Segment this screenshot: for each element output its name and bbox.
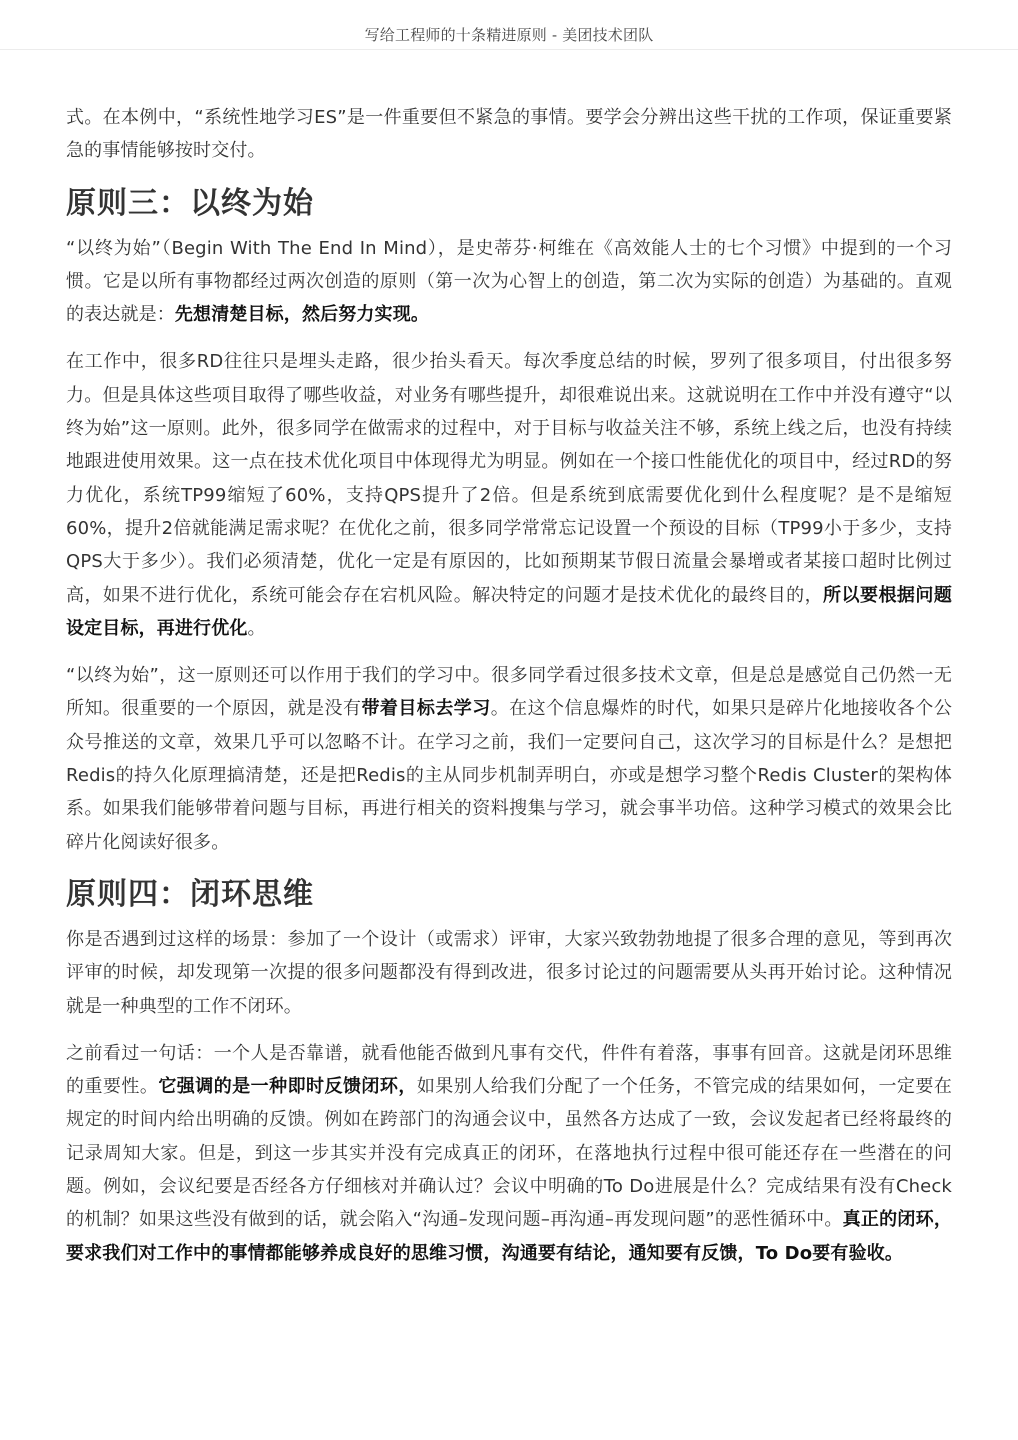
principle-3-paragraph-3: “以终为始”，这一原则还可以作用于我们的学习中。很多同学看过很多技术文章，但是总… — [66, 659, 952, 859]
intro-paragraph: 式。在本例中，“系统性地学习ES”是一件重要但不紧急的事情。要学会分辨出这些干扰… — [66, 101, 952, 168]
paragraph-text: 。在这个信息爆炸的时代，如果只是碎片化地接收各个公众号推送的文章，效果几乎可以忽… — [66, 698, 952, 852]
paragraph-text: 你是否遇到过这样的场景：参加了一个设计（或需求）评审，大家兴致勃勃地提了很多合理… — [66, 929, 952, 1017]
principle-4-paragraph-2: 之前看过一句话：一个人是否靠谱，就看他能否做到凡事有交代，件件有着落，事事有回音… — [66, 1037, 952, 1270]
emphasis-text: 它强调的是一种即时反馈闭环， — [158, 1076, 417, 1097]
page-title: 写给工程师的十条精进原则 - 美团技术团队 — [365, 24, 654, 45]
page-header: 写给工程师的十条精进原则 - 美团技术团队 — [0, 0, 1018, 50]
emphasis-text: 带着目标去学习 — [361, 698, 490, 719]
emphasis-text: 先想清楚目标，然后努力实现。 — [175, 304, 429, 325]
article-body: 式。在本例中，“系统性地学习ES”是一件重要但不紧急的事情。要学会分辨出这些干扰… — [66, 101, 952, 1284]
section-heading-principle-4: 原则四：闭环思维 — [66, 873, 952, 917]
principle-3-paragraph-2: 在工作中，很多RD往往只是埋头走路，很少抬头看天。每次季度总结的时候，罗列了很多… — [66, 345, 952, 645]
paragraph-text: 如果别人给我们分配了一个任务，不管完成的结果如何，一定要在规定的时间内给出明确的… — [66, 1076, 952, 1230]
section-heading-principle-3: 原则三：以终为始 — [66, 182, 952, 226]
paragraph-text: 。 — [248, 618, 266, 639]
paragraph-text: 式。在本例中，“系统性地学习ES”是一件重要但不紧急的事情。要学会分辨出这些干扰… — [66, 107, 952, 161]
paragraph-text: 在工作中，很多RD往往只是埋头走路，很少抬头看天。每次季度总结的时候，罗列了很多… — [66, 351, 952, 605]
principle-4-paragraph-1: 你是否遇到过这样的场景：参加了一个设计（或需求）评审，大家兴致勃勃地提了很多合理… — [66, 923, 952, 1023]
principle-3-paragraph-1: “以终为始”（Begin With The End In Mind），是史蒂芬·… — [66, 232, 952, 332]
